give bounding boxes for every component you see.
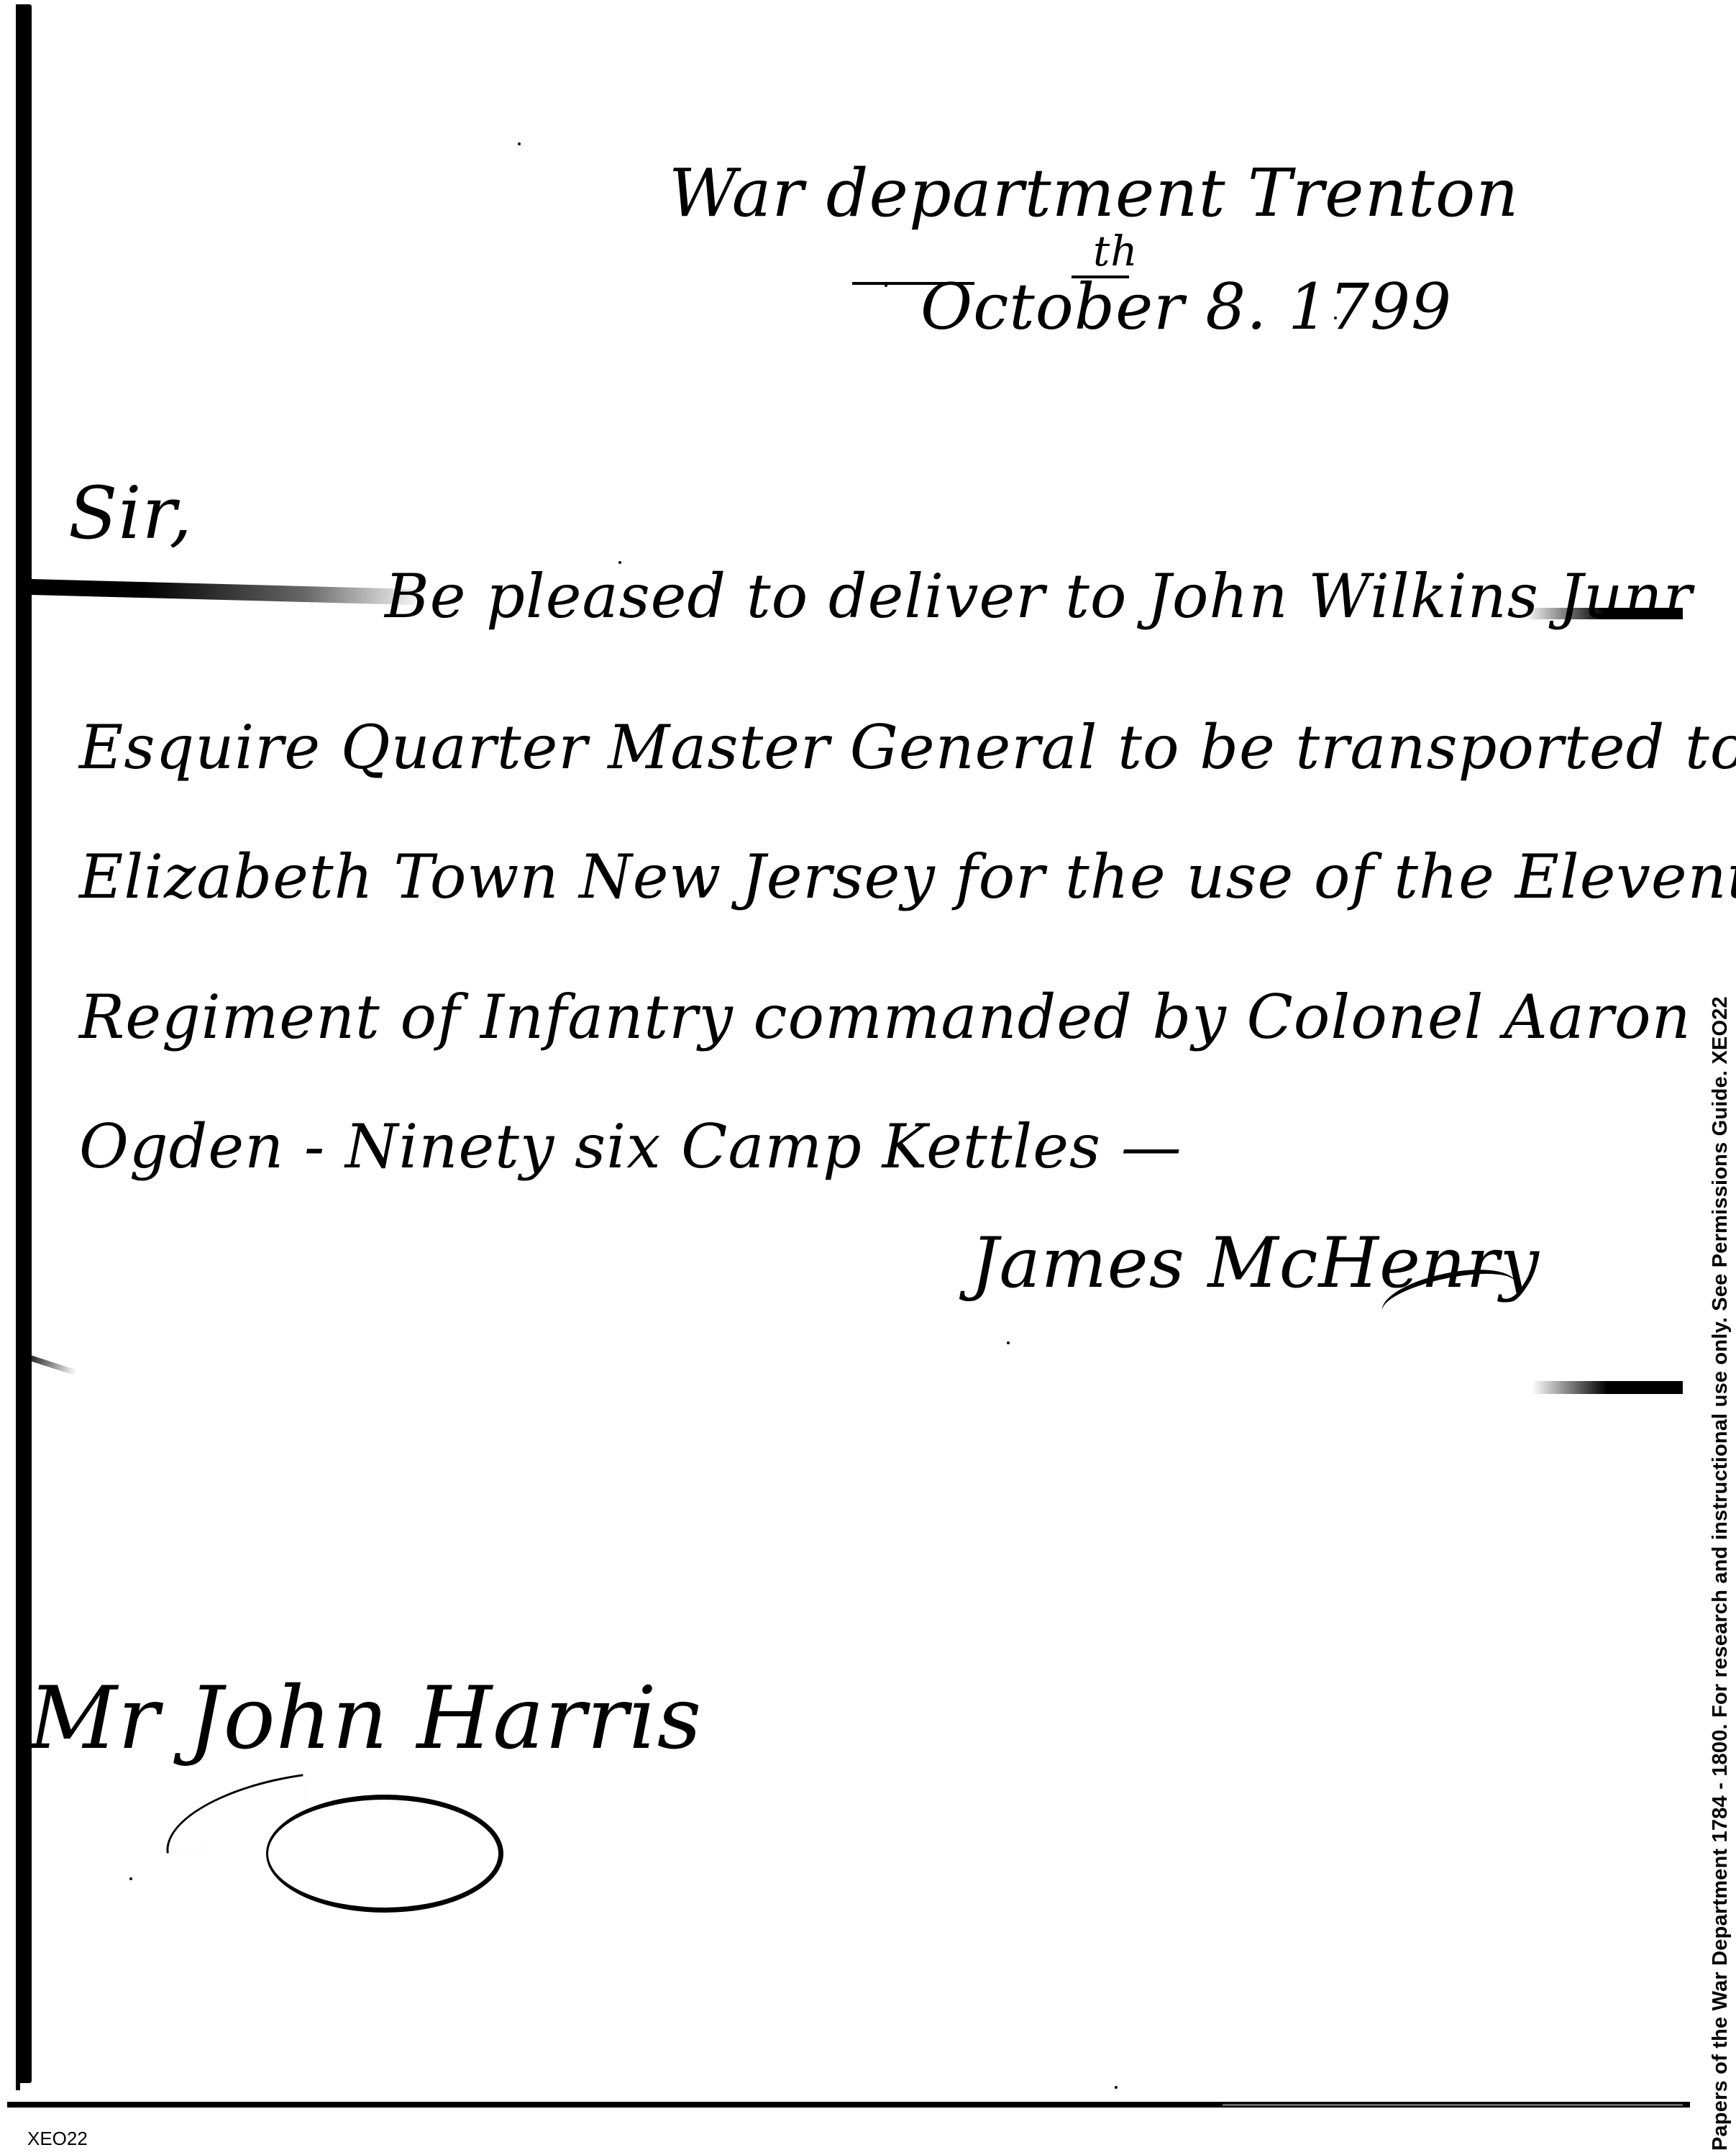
scan-speck [1334, 316, 1337, 319]
scan-bottom-border-fade [1223, 2104, 1683, 2106]
letter-body-line: Esquire Quarter Master General to be tra… [79, 712, 1736, 783]
letter-body-line: Elizabeth Town New Jersey for the use of… [79, 842, 1736, 912]
scan-speck [129, 1877, 132, 1880]
usage-permissions-notice: Papers of the War Department 1784 - 1800… [1709, 996, 1732, 2151]
scanned-letter-page: War department Trenton th October 8. 179… [0, 0, 1736, 2155]
letter-body-line: Regiment of Infantry commanded by Colone… [79, 982, 1691, 1052]
scan-speck [518, 142, 521, 145]
scan-speck [885, 284, 887, 287]
scan-speck [1115, 2086, 1118, 2089]
date-superscript: th [1093, 227, 1138, 275]
letter-body-line: Be pleased to deliver to John Wilkins Ju… [385, 561, 1693, 632]
letter-salutation: Sir, [68, 471, 193, 555]
scan-left-edge [16, 4, 20, 2090]
letter-heading-place: War department Trenton [669, 155, 1519, 232]
letter-addressee: Mr John Harris [29, 1669, 702, 1769]
scan-speck [1007, 597, 1010, 600]
letter-body-line: Ogden - Ninety six Camp Kettles — [79, 1111, 1182, 1182]
archive-document-id: XEO22 [27, 2128, 88, 2150]
scan-speck [1007, 1341, 1010, 1344]
letter-date: October 8. 1799 [920, 270, 1452, 344]
scan-speck [618, 561, 621, 564]
addressee-flourish-loop [266, 1795, 503, 1913]
paper-fold-shadow-lower-right [1532, 1381, 1683, 1394]
paper-fold-shadow-left [22, 579, 424, 606]
